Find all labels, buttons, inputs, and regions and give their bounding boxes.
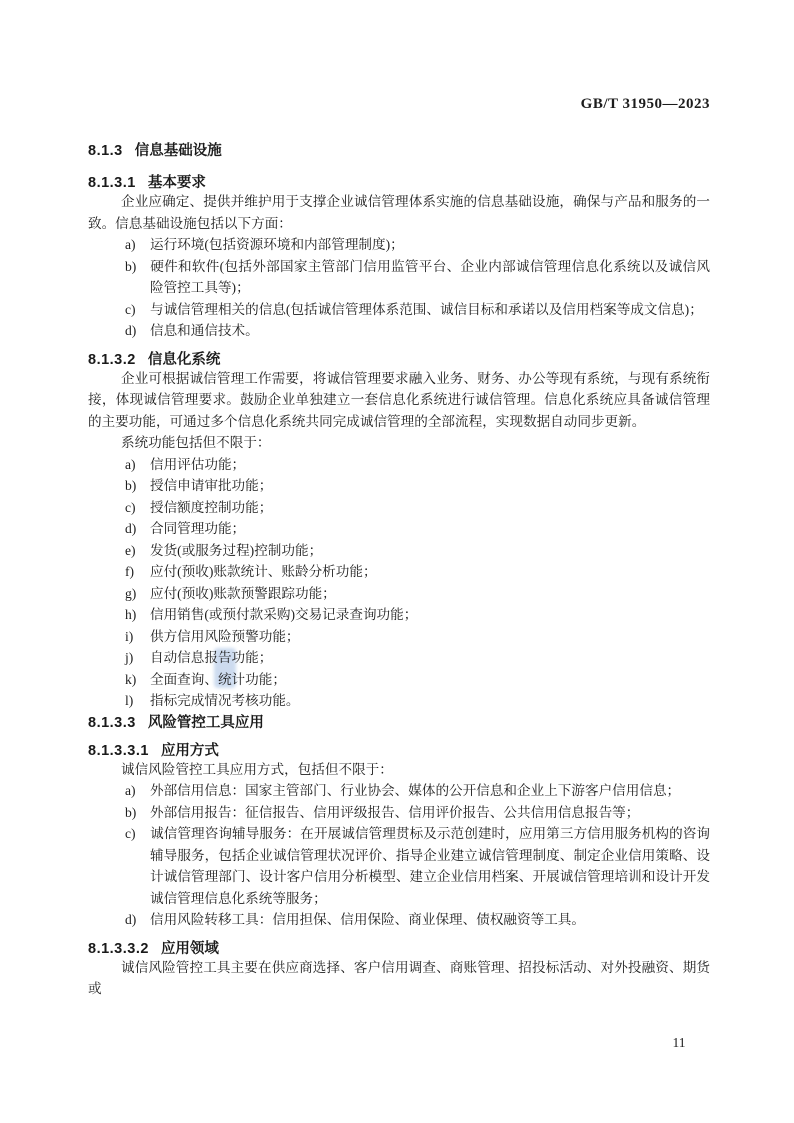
list-item-label: c) (125, 299, 150, 321)
list-item-text: 外部信用报告：征信报告、信用评级报告、信用评价报告、公共信用信息报告等； (150, 805, 639, 820)
list-item-label: e) (125, 540, 150, 562)
list-item: e)发货(或服务过程)控制功能； (88, 540, 710, 562)
list-item-label: a) (125, 780, 150, 802)
page-number: 11 (664, 1035, 694, 1050)
list-item: l)指标完成情况考核功能。 (88, 690, 710, 712)
list-item-label: b) (125, 475, 150, 497)
list-item-label: j) (125, 647, 150, 669)
list-item-text: 应付(预收)账款预警跟踪功能； (150, 586, 336, 601)
list-item-text: 外部信用信息：国家主管部门、行业协会、媒体的公开信息和企业上下游客户信用信息； (150, 783, 680, 798)
list-item: a)信用评估功能； (88, 454, 710, 476)
list-item-text: 发货(或服务过程)控制功能； (150, 543, 322, 558)
list-item-text: 指标完成情况考核功能。 (150, 693, 300, 708)
list-item-label: h) (125, 604, 150, 626)
paragraph: 系统功能包括但不限于： (88, 432, 710, 454)
list-item-text: 硬件和软件(包括外部国家主管部门信用监管平台、企业内部诚信管理信息化系统以及诚信… (150, 259, 710, 296)
section-heading-8-1-3-2: 8.1.3.2信息化系统 (88, 352, 710, 368)
list-item: b)外部信用报告：征信报告、信用评级报告、信用评价报告、公共信用信息报告等； (88, 802, 710, 824)
list-item-text: 诚信管理咨询辅导服务：在开展诚信管理贯标及示范创建时，应用第三方信用服务机构的咨… (150, 826, 710, 906)
list-item-text: 信息和通信技术。 (150, 323, 259, 338)
paragraph: 企业应确定、提供并维护用于支撑企业诚信管理体系实施的信息基础设施，确保与产品和服… (88, 191, 710, 234)
list-item: c)与诚信管理相关的信息(包括诚信管理体系范围、诚信目标和承诺以及信用档案等成文… (88, 299, 710, 321)
section-heading-8-1-3: 8.1.3信息基础设施 (88, 143, 710, 159)
paragraph: 诚信风险管控工具应用方式，包括但不限于： (88, 759, 710, 781)
heading-number: 8.1.3.3 (88, 715, 136, 731)
heading-title: 信息基础设施 (135, 143, 222, 159)
list-item-text: 授信申请审批功能； (150, 478, 272, 493)
list-item-text: 信用评估功能； (150, 457, 245, 472)
heading-title: 应用领域 (161, 941, 219, 957)
heading-title: 信息化系统 (148, 352, 221, 368)
list-item: i)供方信用风险预警功能； (88, 626, 710, 648)
paragraph: 企业可根据诚信管理工作需要，将诚信管理要求融入业务、财务、办公等现有系统，与现有… (88, 368, 710, 433)
list-item-text: 应付(预收)账款统计、账龄分析功能； (150, 564, 377, 579)
heading-number: 8.1.3.1 (88, 175, 136, 191)
list-item-text: 自动信息报告功能； (150, 650, 272, 665)
list-item-label: i) (125, 626, 150, 648)
list-item-label: b) (125, 802, 150, 824)
list-8-1-3-3-1: a)外部信用信息：国家主管部门、行业协会、媒体的公开信息和企业上下游客户信用信息… (88, 780, 710, 931)
list-item: d)信用风险转移工具：信用担保、信用保险、商业保理、债权融资等工具。 (88, 909, 710, 931)
list-item-text: 全面查询、统计功能； (150, 672, 286, 687)
list-item: k)全面查询、统计功能； (88, 669, 710, 691)
list-item-label: d) (125, 518, 150, 540)
list-item: d)信息和通信技术。 (88, 320, 710, 342)
list-item-text: 授信额度控制功能； (150, 500, 272, 515)
standard-number-header: GB/T 31950—2023 (88, 97, 710, 112)
list-item-label: f) (125, 561, 150, 583)
section-heading-8-1-3-3-2: 8.1.3.3.2应用领域 (88, 941, 710, 957)
list-item: c)诚信管理咨询辅导服务：在开展诚信管理贯标及示范创建时，应用第三方信用服务机构… (88, 823, 710, 909)
list-item: g)应付(预收)账款预警跟踪功能； (88, 583, 710, 605)
heading-number: 8.1.3.2 (88, 352, 136, 368)
list-item-text: 与诚信管理相关的信息(包括诚信管理体系范围、诚信目标和承诺以及信用档案等成文信息… (150, 302, 703, 317)
list-item-label: l) (125, 690, 150, 712)
list-item: a)运行环境(包括资源环境和内部管理制度)； (88, 234, 710, 256)
list-item: f)应付(预收)账款统计、账龄分析功能； (88, 561, 710, 583)
heading-title: 风险管控工具应用 (148, 715, 264, 731)
list-item-text: 信用销售(或预付款采购)交易记录查询功能； (150, 607, 417, 622)
list-item-label: d) (125, 909, 150, 931)
page-content: GB/T 31950—2023 8.1.3信息基础设施 8.1.3.1基本要求 … (88, 0, 710, 1000)
list-item: b)授信申请审批功能； (88, 475, 710, 497)
heading-number: 8.1.3 (88, 143, 123, 159)
list-item-text: 合同管理功能； (150, 521, 245, 536)
list-item-label: k) (125, 669, 150, 691)
section-heading-8-1-3-3-1: 8.1.3.3.1应用方式 (88, 743, 710, 759)
heading-title: 应用方式 (161, 743, 219, 759)
list-item-label: a) (125, 234, 150, 256)
list-item: j)自动信息报告功能； (88, 647, 710, 669)
list-item: c)授信额度控制功能； (88, 497, 710, 519)
list-item-text: 信用风险转移工具：信用担保、信用保险、商业保理、债权融资等工具。 (150, 912, 585, 927)
document-page: GB/T 31950—2023 8.1.3信息基础设施 8.1.3.1基本要求 … (0, 0, 794, 1123)
list-item: a)外部信用信息：国家主管部门、行业协会、媒体的公开信息和企业上下游客户信用信息… (88, 780, 710, 802)
list-item-label: c) (125, 823, 150, 845)
heading-number: 8.1.3.3.1 (88, 743, 149, 759)
list-item-label: a) (125, 454, 150, 476)
list-item: d)合同管理功能； (88, 518, 710, 540)
list-item: b)硬件和软件(包括外部国家主管部门信用监管平台、企业内部诚信管理信息化系统以及… (88, 256, 710, 299)
list-8-1-3-1: a)运行环境(包括资源环境和内部管理制度)； b)硬件和软件(包括外部国家主管部… (88, 234, 710, 342)
list-8-1-3-2: a)信用评估功能； b)授信申请审批功能； c)授信额度控制功能； d)合同管理… (88, 454, 710, 712)
list-item-label: g) (125, 583, 150, 605)
list-item-text: 供方信用风险预警功能； (150, 629, 300, 644)
list-item: h)信用销售(或预付款采购)交易记录查询功能； (88, 604, 710, 626)
list-item-label: d) (125, 320, 150, 342)
heading-number: 8.1.3.3.2 (88, 941, 149, 957)
section-heading-8-1-3-1: 8.1.3.1基本要求 (88, 175, 710, 191)
list-item-label: b) (125, 256, 150, 278)
list-item-label: c) (125, 497, 150, 519)
heading-title: 基本要求 (148, 175, 206, 191)
list-item-text: 运行环境(包括资源环境和内部管理制度)； (150, 237, 404, 252)
paragraph: 诚信风险管控工具主要在供应商选择、客户信用调查、商账管理、招投标活动、对外投融资… (88, 957, 710, 1000)
section-heading-8-1-3-3: 8.1.3.3风险管控工具应用 (88, 715, 710, 731)
